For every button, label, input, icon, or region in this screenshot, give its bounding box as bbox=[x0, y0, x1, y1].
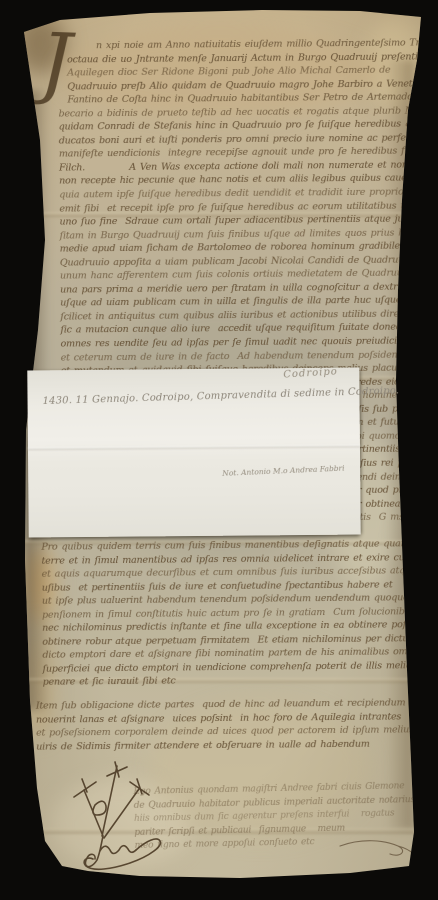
slip-corner-note: Codroipo bbox=[283, 366, 338, 380]
slip-summary-note: 1430. 11 Gennajo. Codroipo, Compravendit… bbox=[42, 385, 399, 407]
archival-slip: Codroipo 1430. 11 Gennajo. Codroipo, Com… bbox=[27, 368, 360, 538]
slip-notary-note: Not. Antonio M.o Andrea Fabbri bbox=[222, 464, 345, 478]
photograph-of-parchment-deed: J n xpi noie am Anno natiuitatis eiuſdem… bbox=[0, 0, 438, 900]
slip-fold-crease bbox=[28, 444, 360, 450]
